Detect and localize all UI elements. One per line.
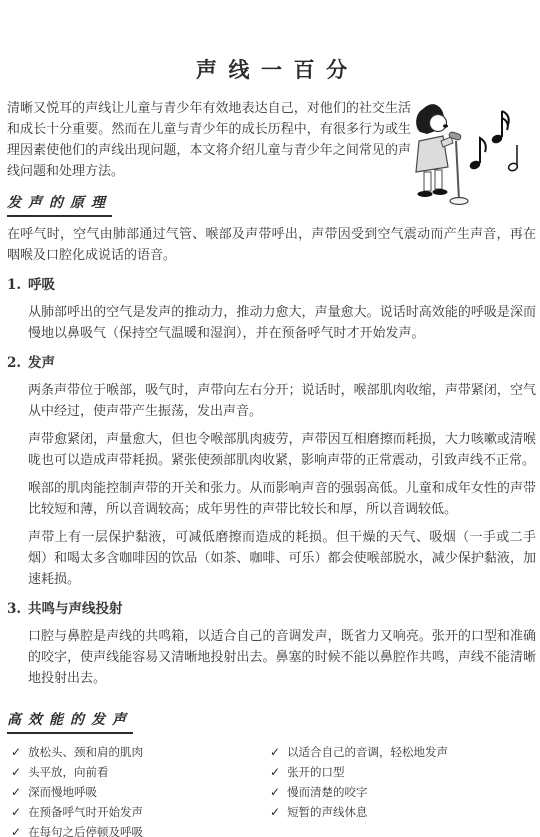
item-paragraph: 声带上有一层保护黏液，可减低磨擦而造成的耗损。但干燥的天气、吸烟（一手或二手烟）… xyxy=(28,527,536,590)
item-paragraph: 从肺部呼出的空气是发声的推动力，推动力愈大，声量愈大。说话时高效能的呼吸是深而慢… xyxy=(28,302,536,344)
checklist-item: ✓慢而清楚的咬字 xyxy=(270,782,536,802)
item-paragraph: 声带愈紧闭，声量愈大，但也令喉部肌肉疲劳，声带因互相磨擦而耗损，大力咳嗽或清喉咙… xyxy=(28,429,536,471)
page-title: 声线一百分 xyxy=(7,0,536,83)
principle-item-phonation: 2.发声 两条声带位于喉部，吸气时，声带向左右分开；说话时，喉部肌肉收缩，声带紧… xyxy=(7,353,536,590)
efficient-voice-checklist: ✓放松头、颈和肩的肌肉 ✓头平放，向前看 ✓深而慢地呼吸 ✓在预备呼气时开始发声… xyxy=(7,742,536,837)
item-number: 2. xyxy=(7,353,28,374)
principle-item-breathing: 1.呼吸 从肺部呼出的空气是发声的推动力，推动力愈大，声量愈大。说话时高效能的呼… xyxy=(7,275,536,344)
check-icon: ✓ xyxy=(11,802,21,822)
checklist-item-text: 短暂的声线休息 xyxy=(287,805,368,819)
item-paragraph: 喉部的肌肉能控制声带的开关和张力。从而影响声音的强弱高低。儿童和成年女性的声带比… xyxy=(28,478,536,520)
item-number: 3. xyxy=(7,599,28,620)
principles-intro-paragraph: 在呼气时，空气由肺部通过气管、喉部及声带呼出，声带因受到空气震动而产生声音，再在… xyxy=(7,224,536,266)
checklist-left-column: ✓放松头、颈和肩的肌肉 ✓头平放，向前看 ✓深而慢地呼吸 ✓在预备呼气时开始发声… xyxy=(7,742,266,837)
item-paragraph: 两条声带位于喉部，吸气时，声带向左右分开；说话时，喉部肌肉收缩，声带紧闭，空气从… xyxy=(28,380,536,422)
document-page: 声线一百分 清晰又悦耳的声线让儿童与青少年有效地表达自 xyxy=(0,0,540,837)
item-title: 共鸣与声线投射 xyxy=(28,601,123,617)
checklist-item-text: 以适合自己的音调，轻松地发声 xyxy=(287,745,448,759)
item-number: 1. xyxy=(7,275,28,296)
check-icon: ✓ xyxy=(11,822,21,837)
item-paragraph: 口腔与鼻腔是声线的共鸣箱，以适合自己的音调发声，既省力又响亮。张开的口型和准确的… xyxy=(28,626,536,689)
check-icon: ✓ xyxy=(11,782,21,802)
check-icon: ✓ xyxy=(270,742,280,762)
checklist-item-text: 慢而清楚的咬字 xyxy=(287,785,368,799)
item-heading: 2.发声 xyxy=(7,353,536,374)
checklist-item-text: 深而慢地呼吸 xyxy=(28,785,97,799)
music-note-icon xyxy=(468,111,518,172)
checklist-item: ✓在预备呼气时开始发声 xyxy=(11,802,266,822)
section-heading-text: 高效能的发声 xyxy=(7,709,133,734)
checklist-item-text: 在每句之后停顿及呼吸 xyxy=(28,825,143,837)
check-icon: ✓ xyxy=(270,762,280,782)
checklist-item-text: 在预备呼气时开始发声 xyxy=(28,805,143,819)
checklist-item-text: 头平放，向前看 xyxy=(28,765,109,779)
item-heading: 3.共鸣与声线投射 xyxy=(7,599,536,620)
checklist-item-text: 张开的口型 xyxy=(287,765,345,779)
checklist-item: ✓深而慢地呼吸 xyxy=(11,782,266,802)
checklist-item: ✓以适合自己的音调，轻松地发声 xyxy=(270,742,536,762)
item-heading: 1.呼吸 xyxy=(7,275,536,296)
principle-item-resonance: 3.共鸣与声线投射 口腔与鼻腔是声线的共鸣箱，以适合自己的音调发声，既省力又响亮… xyxy=(7,599,536,689)
singer-illustration xyxy=(407,97,531,211)
checklist-item: ✓在每句之后停顿及呼吸 xyxy=(11,822,266,837)
checklist-item: ✓头平放，向前看 xyxy=(11,762,266,782)
checklist-item: ✓短暂的声线休息 xyxy=(270,802,536,822)
check-icon: ✓ xyxy=(11,742,21,762)
intro-paragraph: 清晰又悦耳的声线让儿童与青少年有效地表达自己，对他们的社交生活和成长十分重要。然… xyxy=(7,98,411,182)
singer-figure xyxy=(416,104,453,197)
check-icon: ✓ xyxy=(270,782,280,802)
check-icon: ✓ xyxy=(11,762,21,782)
item-title: 发声 xyxy=(28,355,55,371)
checklist-item-text: 放松头、颈和肩的肌肉 xyxy=(28,745,143,759)
checklist-item: ✓放松头、颈和肩的肌肉 xyxy=(11,742,266,762)
section-heading-efficient-voice: 高效能的发声 xyxy=(7,709,536,734)
section-heading-text: 发声的原理 xyxy=(7,192,112,217)
checklist-right-column: ✓以适合自己的音调，轻松地发声 ✓张开的口型 ✓慢而清楚的咬字 ✓短暂的声线休息 xyxy=(266,742,536,837)
item-title: 呼吸 xyxy=(28,277,55,293)
checklist-item: ✓张开的口型 xyxy=(270,762,536,782)
check-icon: ✓ xyxy=(270,802,280,822)
